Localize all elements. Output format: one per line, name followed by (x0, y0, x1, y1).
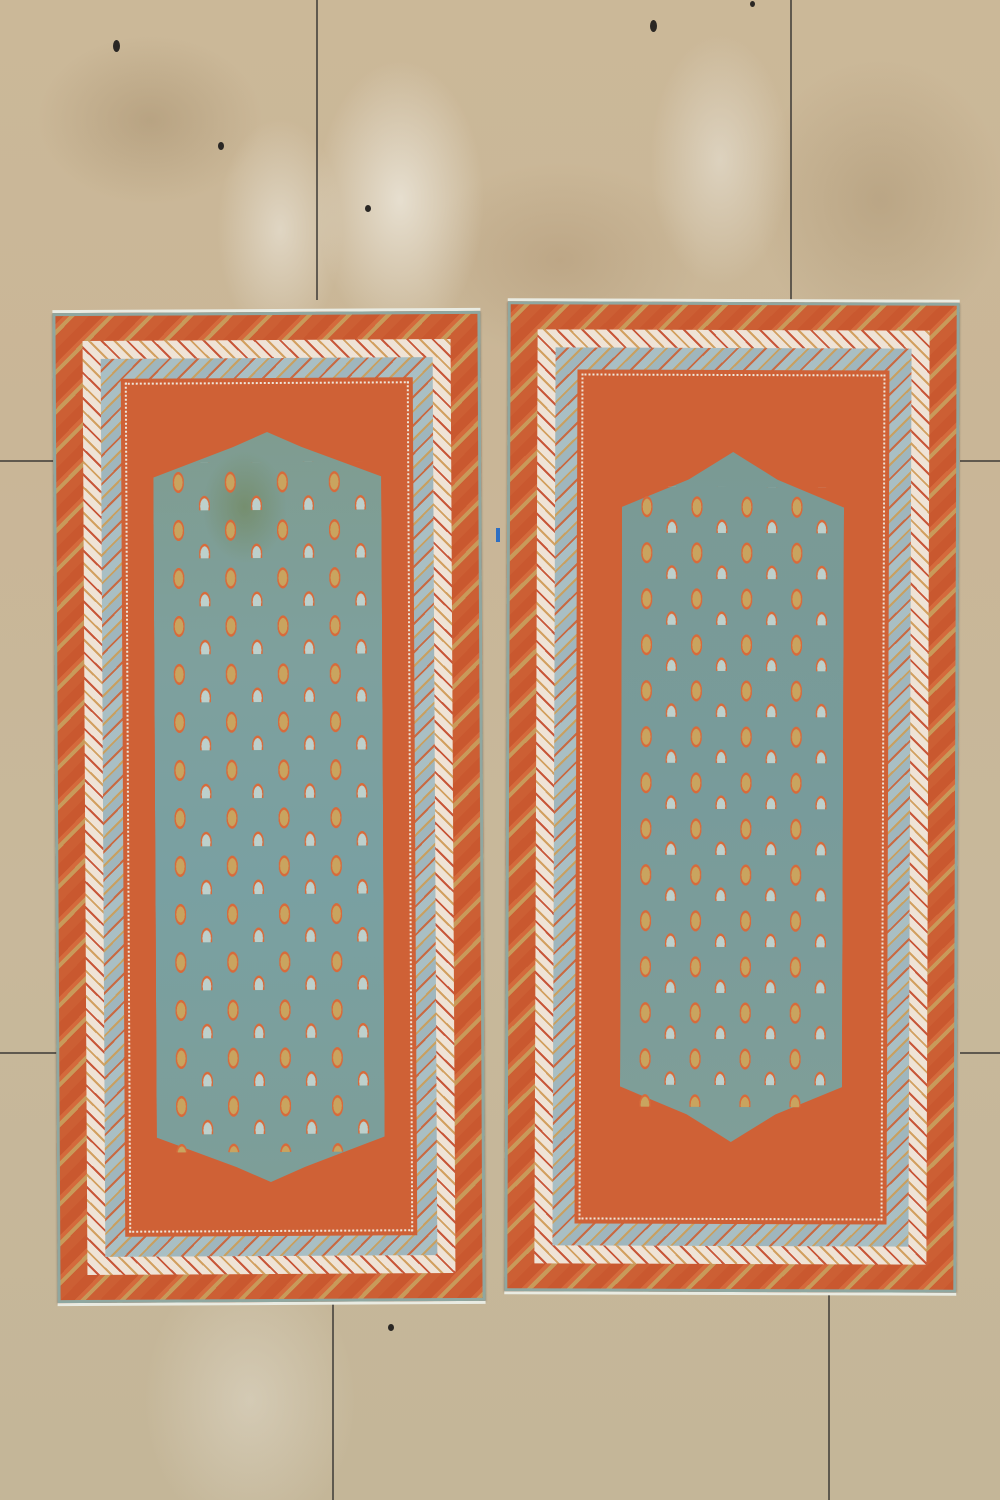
photo-scene (0, 0, 1000, 1500)
floor-joint (0, 460, 60, 462)
blue-tape-marker (496, 528, 500, 542)
floor-spot (218, 142, 224, 150)
boteh-pattern (163, 461, 375, 1152)
floor-joint (0, 1052, 60, 1054)
floor-joint (828, 1295, 830, 1500)
floor-joint (790, 0, 792, 300)
boteh-pattern (630, 487, 834, 1108)
floor-joint (960, 460, 1000, 462)
floor-joint (960, 1052, 1000, 1054)
left-rug (52, 311, 485, 1303)
floor-spot (388, 1324, 394, 1331)
floor-spot (113, 40, 120, 52)
floor-joint (332, 1300, 334, 1500)
floor-spot (750, 1, 755, 7)
right-rug (504, 301, 959, 1293)
floor-spot (365, 205, 371, 212)
floor-spot (650, 20, 657, 32)
floor-joint (316, 0, 318, 300)
